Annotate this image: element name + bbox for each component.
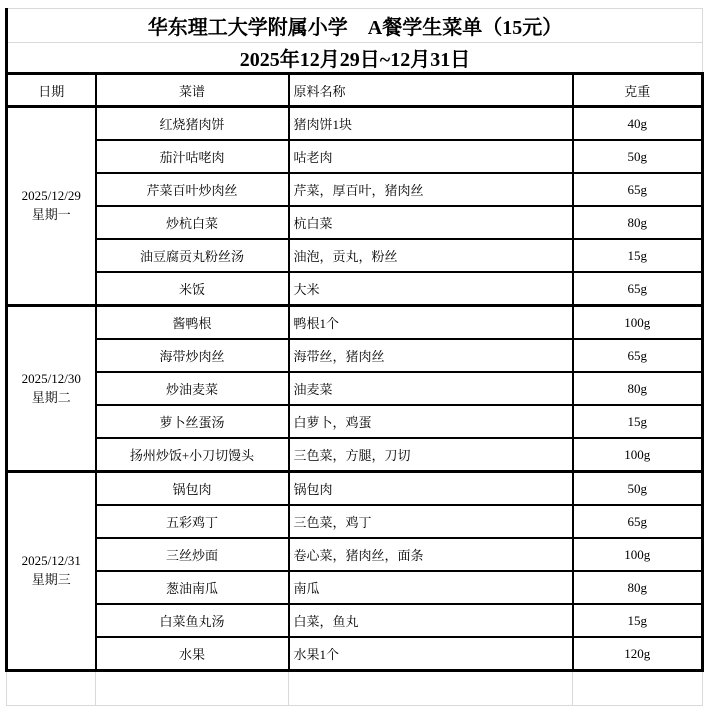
- menu-row: 水果水果1个120g: [7, 637, 703, 671]
- ingredients-cell: 水果1个: [289, 637, 573, 671]
- dish-cell: 水果: [96, 637, 289, 671]
- dish-cell: 海带炒肉丝: [96, 339, 289, 372]
- dish-cell: 扬州炒饭+小刀切馒头: [96, 438, 289, 472]
- title-row: 华东理工大学附属小学 A餐学生菜单（15元）: [7, 9, 703, 43]
- page-title: 华东理工大学附属小学 A餐学生菜单（15元）: [7, 9, 703, 43]
- day-group: 2025/12/30星期二酱鸭根鸭根1个100g海带炒肉丝海带丝，猪肉丝65g炒…: [7, 306, 703, 472]
- weight-cell: 100g: [573, 538, 703, 571]
- dish-cell: 酱鸭根: [96, 306, 289, 340]
- weight-cell: 80g: [573, 571, 703, 604]
- weight-cell: 80g: [573, 372, 703, 405]
- dish-cell: 米饭: [96, 272, 289, 306]
- ingredients-cell: 油泡，贡丸，粉丝: [289, 239, 573, 272]
- weight-cell: 40g: [573, 107, 703, 141]
- weight-cell: 15g: [573, 239, 703, 272]
- dish-cell: 三丝炒面: [96, 538, 289, 571]
- ingredients-cell: 锅包肉: [289, 472, 573, 506]
- weight-cell: 15g: [573, 405, 703, 438]
- weekday-text: 星期二: [8, 389, 95, 408]
- weight-cell: 65g: [573, 173, 703, 206]
- column-header-dish: 菜谱: [96, 74, 289, 107]
- column-header-date: 日期: [7, 74, 96, 107]
- dish-cell: 炒油麦菜: [96, 372, 289, 405]
- ingredients-cell: 杭白菜: [289, 206, 573, 239]
- ingredients-cell: 油麦菜: [289, 372, 573, 405]
- ingredients-cell: 三色菜，方腿，刀切: [289, 438, 573, 472]
- menu-row: 葱油南瓜南瓜80g: [7, 571, 703, 604]
- weight-cell: 65g: [573, 272, 703, 306]
- ingredients-cell: 大米: [289, 272, 573, 306]
- empty-cell: [573, 671, 703, 706]
- ingredients-cell: 海带丝，猪肉丝: [289, 339, 573, 372]
- menu-table: 华东理工大学附属小学 A餐学生菜单（15元） 2025年12月29日~12月31…: [5, 8, 704, 706]
- menu-row: 2025/12/30星期二酱鸭根鸭根1个100g: [7, 306, 703, 340]
- header-row: 日期 菜谱 原料名称 克重: [7, 74, 703, 107]
- ingredients-cell: 咕老肉: [289, 140, 573, 173]
- ingredients-cell: 南瓜: [289, 571, 573, 604]
- weekday-text: 星期三: [8, 571, 95, 590]
- weekday-text: 星期一: [8, 206, 95, 225]
- menu-row: 五彩鸡丁三色菜，鸡丁65g: [7, 505, 703, 538]
- dish-cell: 油豆腐贡丸粉丝汤: [96, 239, 289, 272]
- menu-row: 扬州炒饭+小刀切馒头三色菜，方腿，刀切100g: [7, 438, 703, 472]
- menu-row: 炒油麦菜油麦菜80g: [7, 372, 703, 405]
- date-cell: 2025/12/31星期三: [7, 472, 96, 671]
- date-cell: 2025/12/29星期一: [7, 107, 96, 306]
- menu-row: 炒杭白菜杭白菜80g: [7, 206, 703, 239]
- menu-row: 茄汁咕咾肉咕老肉50g: [7, 140, 703, 173]
- menu-row: 米饭大米65g: [7, 272, 703, 306]
- weight-cell: 120g: [573, 637, 703, 671]
- dish-cell: 萝卜丝蛋汤: [96, 405, 289, 438]
- weight-cell: 100g: [573, 306, 703, 340]
- weight-cell: 50g: [573, 472, 703, 506]
- dish-cell: 芹菜百叶炒肉丝: [96, 173, 289, 206]
- date-text: 2025/12/30: [8, 370, 95, 389]
- dish-cell: 锅包肉: [96, 472, 289, 506]
- menu-row: 油豆腐贡丸粉丝汤油泡，贡丸，粉丝15g: [7, 239, 703, 272]
- ingredients-cell: 猪肉饼1块: [289, 107, 573, 141]
- day-group: 2025/12/31星期三锅包肉锅包肉50g五彩鸡丁三色菜，鸡丁65g三丝炒面卷…: [7, 472, 703, 671]
- date-text: 2025/12/31: [8, 552, 95, 571]
- dish-cell: 炒杭白菜: [96, 206, 289, 239]
- dish-cell: 白菜鱼丸汤: [96, 604, 289, 637]
- dish-cell: 葱油南瓜: [96, 571, 289, 604]
- menu-row: 白菜鱼丸汤白菜，鱼丸15g: [7, 604, 703, 637]
- empty-cell: [289, 671, 573, 706]
- date-cell: 2025/12/30星期二: [7, 306, 96, 472]
- ingredients-cell: 卷心菜，猪肉丝，面条: [289, 538, 573, 571]
- title-block: 华东理工大学附属小学 A餐学生菜单（15元） 2025年12月29日~12月31…: [7, 9, 703, 74]
- empty-row: [7, 671, 703, 706]
- menu-row: 芹菜百叶炒肉丝芹菜，厚百叶，猪肉丝65g: [7, 173, 703, 206]
- dish-cell: 五彩鸡丁: [96, 505, 289, 538]
- weight-cell: 80g: [573, 206, 703, 239]
- menu-row: 萝卜丝蛋汤白萝卜，鸡蛋15g: [7, 405, 703, 438]
- weight-cell: 65g: [573, 339, 703, 372]
- weight-cell: 65g: [573, 505, 703, 538]
- menu-row: 三丝炒面卷心菜，猪肉丝，面条100g: [7, 538, 703, 571]
- dish-cell: 红烧猪肉饼: [96, 107, 289, 141]
- dish-cell: 茄汁咕咾肉: [96, 140, 289, 173]
- day-group: 2025/12/29星期一红烧猪肉饼猪肉饼1块40g茄汁咕咾肉咕老肉50g芹菜百…: [7, 107, 703, 306]
- ingredients-cell: 鸭根1个: [289, 306, 573, 340]
- menu-row: 2025/12/31星期三锅包肉锅包肉50g: [7, 472, 703, 506]
- column-header-weight: 克重: [573, 74, 703, 107]
- empty-cell: [96, 671, 289, 706]
- menu-row: 2025/12/29星期一红烧猪肉饼猪肉饼1块40g: [7, 107, 703, 141]
- date-range: 2025年12月29日~12月31日: [7, 43, 703, 74]
- sheet: 华东理工大学附属小学 A餐学生菜单（15元） 2025年12月29日~12月31…: [0, 0, 710, 706]
- date-text: 2025/12/29: [8, 187, 95, 206]
- empty-cell: [7, 671, 96, 706]
- ingredients-cell: 白萝卜，鸡蛋: [289, 405, 573, 438]
- ingredients-cell: 白菜，鱼丸: [289, 604, 573, 637]
- weight-cell: 50g: [573, 140, 703, 173]
- date-range-row: 2025年12月29日~12月31日: [7, 43, 703, 74]
- weight-cell: 100g: [573, 438, 703, 472]
- ingredients-cell: 三色菜，鸡丁: [289, 505, 573, 538]
- menu-row: 海带炒肉丝海带丝，猪肉丝65g: [7, 339, 703, 372]
- column-header-ingredients: 原料名称: [289, 74, 573, 107]
- weight-cell: 15g: [573, 604, 703, 637]
- ingredients-cell: 芹菜，厚百叶，猪肉丝: [289, 173, 573, 206]
